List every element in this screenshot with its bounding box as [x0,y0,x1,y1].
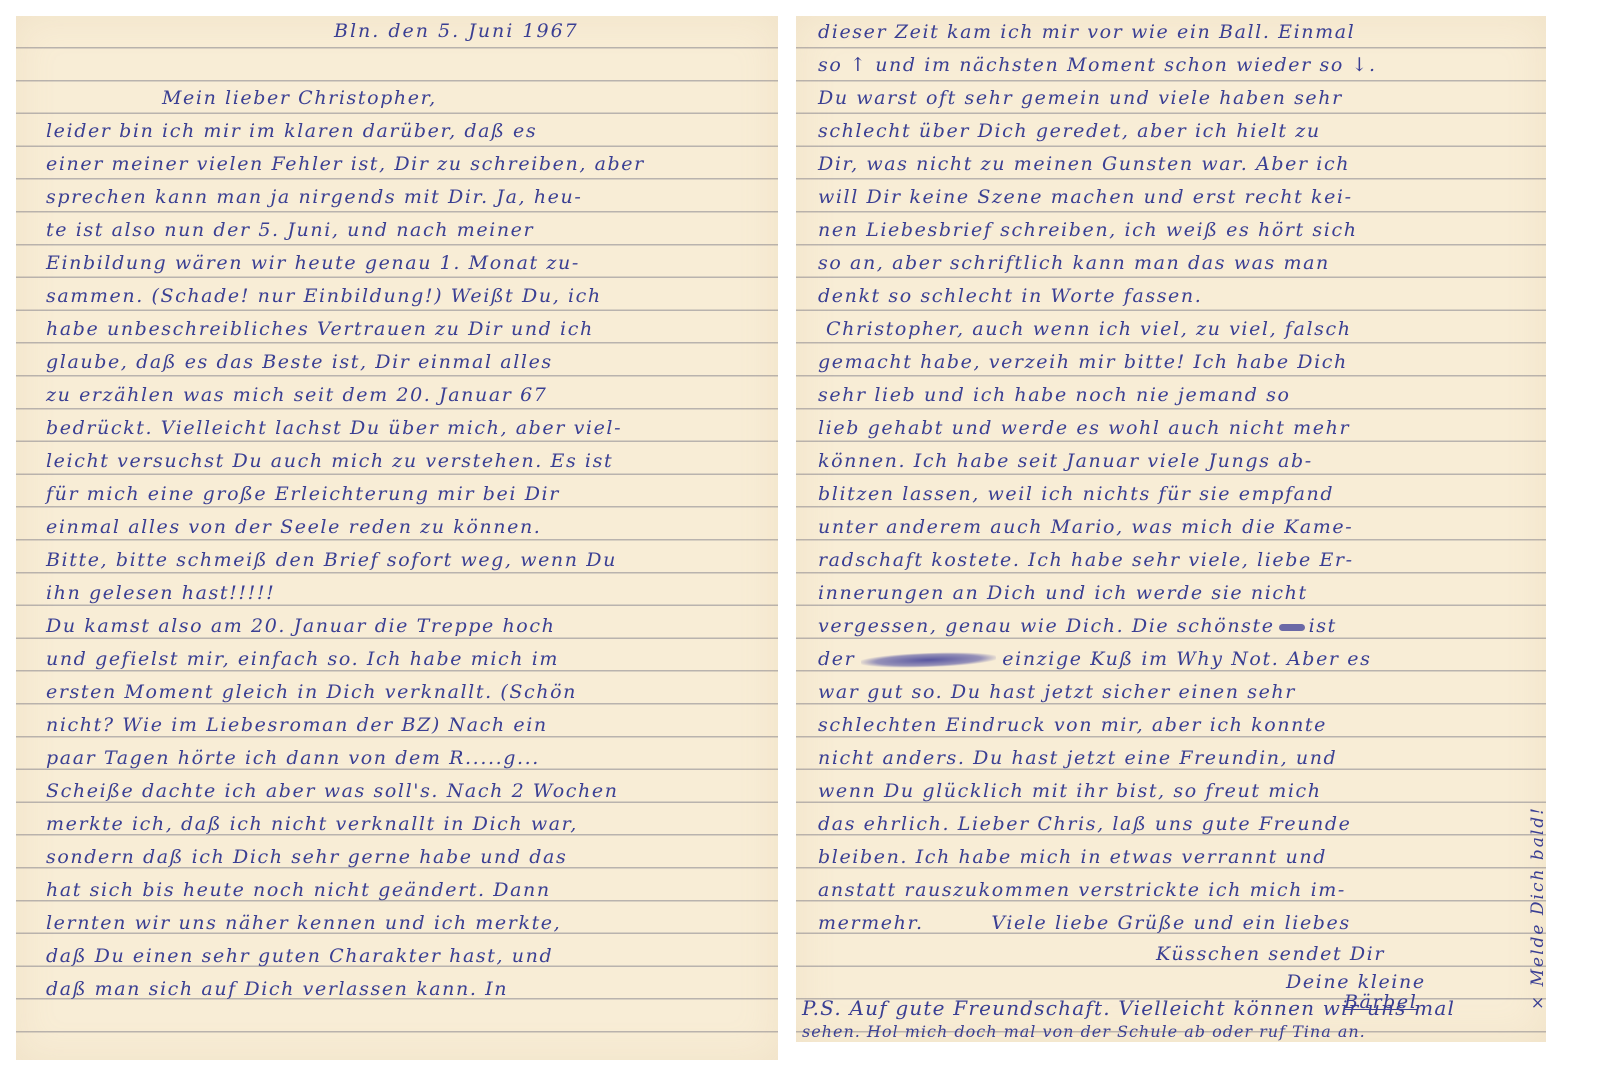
letter-line: Christopher, auch wenn ich viel, zu viel… [826,313,1546,346]
letter-line: Du warst oft sehr gemein und viele haben… [818,82,1546,115]
letter-line: Einbildung wären wir heute genau 1. Mona… [46,247,778,280]
letter-text: einzige Kuß im Why Not. Aber es [1002,643,1371,676]
date-line: Bln. den 5. Juni 1967 [334,20,579,42]
letter-page-right: dieser Zeit kam ich mir vor wie ein Ball… [796,16,1546,1042]
salutation: Mein lieber Christopher, [162,82,778,115]
letter-line: Du kamst also am 20. Januar die Treppe h… [46,610,778,643]
postscript-line-2: sehen. Hol mich doch mal von der Schule … [802,1022,1366,1041]
letter-line: können. Ich habe seit Januar viele Jungs… [818,445,1546,478]
letter-line: lieb gehabt und werde es wohl auch nicht… [818,412,1546,445]
ink-blot-icon [1279,624,1305,631]
letter-line: habe unbeschreibliches Vertrauen zu Dir … [46,313,778,346]
letter-text: der [818,643,855,676]
letter-line: gemacht habe, verzeih mir bitte! Ich hab… [818,346,1546,379]
margin-note-vertical: × Melde Dich bald! [1528,806,1548,1010]
letter-line: ersten Moment gleich in Dich verknallt. … [46,676,778,709]
letter-line: so ↑ und im nächsten Moment schon wieder… [818,49,1546,82]
letter-text: mermehr. [818,907,924,940]
letter-line: das ehrlich. Lieber Chris, laß uns gute … [818,808,1546,841]
letter-line: radschaft kostete. Ich habe sehr viele, … [818,544,1546,577]
letter-line: Dir, was nicht zu meinen Gunsten war. Ab… [818,148,1546,181]
letter-line: will Dir keine Szene machen und erst rec… [818,181,1546,214]
letter-text: vergessen, genau wie Dich. Die schönste [818,610,1275,643]
letter-line: leider bin ich mir im klaren darüber, da… [46,115,778,148]
letter-line: sprechen kann man ja nirgends mit Dir. J… [46,181,778,214]
letter-line: leicht versuchst Du auch mich zu versteh… [46,445,778,478]
letter-line: zu erzählen was mich seit dem 20. Januar… [46,379,778,412]
letter-line: schlechten Eindruck von mir, aber ich ko… [818,709,1546,742]
letter-line: vergessen, genau wie Dich. Die schönstei… [818,610,1546,643]
letter-line: paar Tagen hörte ich dann von dem R.....… [46,742,778,775]
letter-line: nicht? Wie im Liebesroman der BZ) Nach e… [46,709,778,742]
letter-line: und gefielst mir, einfach so. Ich habe m… [46,643,778,676]
letter-line: ihn gelesen hast!!!!! [46,577,778,610]
letter-line: glaube, daß es das Beste ist, Dir einmal… [46,346,778,379]
postscript-line-1: P.S. Auf gute Freundschaft. Vielleicht k… [802,996,1455,1020]
letter-line: daß man sich auf Dich verlassen kann. In [46,973,778,1006]
letter-line: sondern daß ich Dich sehr gerne habe und… [46,841,778,874]
letter-line: denkt so schlecht in Worte fassen. [818,280,1546,313]
letter-line: einer meiner vielen Fehler ist, Dir zu s… [46,148,778,181]
letter-line: unter anderem auch Mario, was mich die K… [818,511,1546,544]
letter-page-left: Bln. den 5. Juni 1967 Mein lieber Christ… [16,16,778,1060]
letter-line: hat sich bis heute noch nicht geändert. … [46,874,778,907]
crossed-out-scribble-icon [861,651,996,670]
letter-line: nicht anders. Du hast jetzt eine Freundi… [818,742,1546,775]
letter-line: blitzen lassen, weil ich nichts für sie … [818,478,1546,511]
letter-line: so an, aber schriftlich kann man das was… [818,247,1546,280]
letter-line: Bitte, bitte schmeiß den Brief sofort we… [46,544,778,577]
letter-line: sehr lieb und ich habe noch nie jemand s… [818,379,1546,412]
letter-line: te ist also nun der 5. Juni, und nach me… [46,214,778,247]
letter-text: ist [1309,610,1337,643]
letter-line: Scheiße dachte ich aber was soll's. Nach… [46,775,778,808]
letter-line: nen Liebesbrief schreiben, ich weiß es h… [818,214,1546,247]
closing-greeting: Viele liebe Grüße und ein liebes [991,907,1350,940]
letter-line: sammen. (Schade! nur Einbildung!) Weißt … [46,280,778,313]
letter-line: bleiben. Ich habe mich in etwas verrannt… [818,841,1546,874]
letter-line: mermehr. Viele liebe Grüße und ein liebe… [818,907,1546,940]
letter-line: anstatt rauszukommen verstrickte ich mic… [818,874,1546,907]
letter-line: schlecht über Dich geredet, aber ich hie… [818,115,1546,148]
letter-line: einmal alles von der Seele reden zu könn… [46,511,778,544]
letter-line: lernten wir uns näher kennen und ich mer… [46,907,778,940]
letter-line: merkte ich, daß ich nicht verknallt in D… [46,808,778,841]
letter-line: innerungen an Dich und ich werde sie nic… [818,577,1546,610]
letter-line: dieser Zeit kam ich mir vor wie ein Ball… [818,16,1546,49]
letter-line: war gut so. Du hast jetzt sicher einen s… [818,676,1546,709]
letter-line: wenn Du glücklich mit ihr bist, so freut… [818,775,1546,808]
letter-line: bedrückt. Vielleicht lachst Du über mich… [46,412,778,445]
letter-line: daß Du einen sehr guten Charakter hast, … [46,940,778,973]
letter-line: für mich eine große Erleichterung mir be… [46,478,778,511]
letter-line: dereinzige Kuß im Why Not. Aber es [818,643,1546,676]
